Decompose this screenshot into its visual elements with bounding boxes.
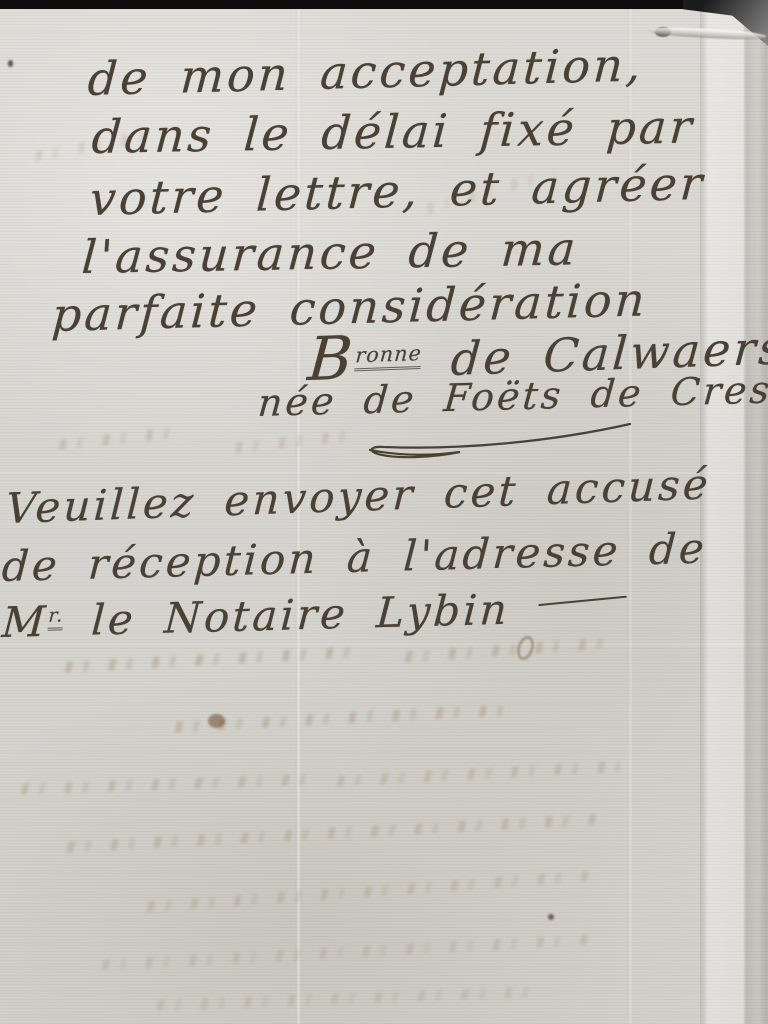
paper-right-edge [744, 0, 768, 1024]
postscript-mr-superscript: r. [48, 604, 65, 630]
ink-speck [8, 60, 13, 67]
handwriting-line-4: l'assurance de ma [80, 225, 580, 280]
right-fold-band [700, 0, 746, 1024]
trailing-flourish [539, 596, 627, 606]
ink-speck [548, 914, 554, 920]
postscript-mr-prefix: M [1, 597, 50, 647]
signature-flourish [340, 412, 670, 462]
photograph-of-letter: de mon acceptation, dans le délai fixé p… [0, 0, 768, 1024]
handwriting-line-2: dans le délai fixé par [90, 104, 696, 160]
bleedthrough-spot [208, 714, 225, 728]
horizontal-crease-lower [0, 644, 768, 648]
signature-superscript: ronne [354, 342, 422, 372]
dark-background-top [0, 0, 768, 9]
handwriting-line-1: de mon acceptation, [87, 41, 645, 102]
